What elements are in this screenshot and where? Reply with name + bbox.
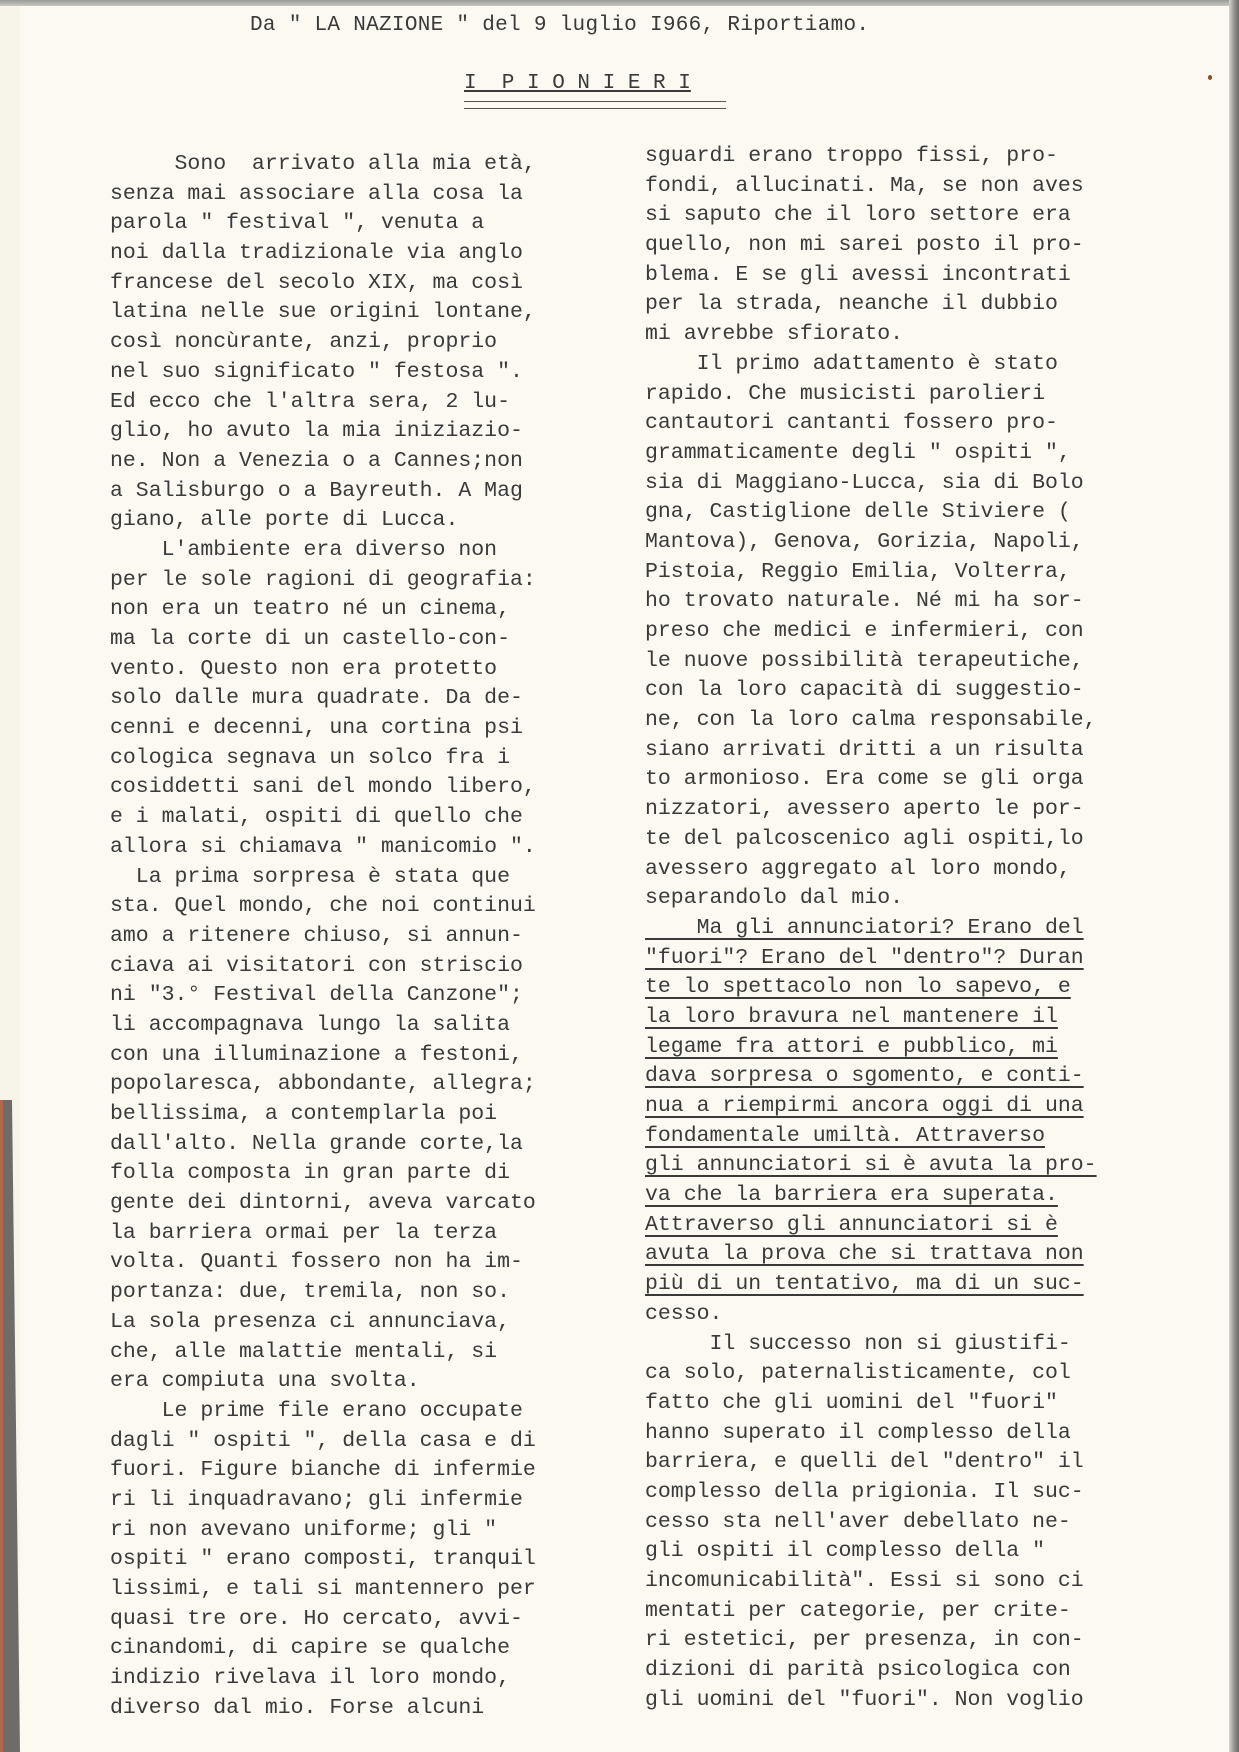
text-line: grammaticamente degli " ospiti ", <box>645 439 1097 469</box>
text-line: ca solo, paternalisticamente, col <box>645 1359 1097 1389</box>
text-line: separandolo dal mio. <box>645 884 1097 914</box>
text-line: incomunicabilità". Essi si sono ci <box>645 1567 1097 1597</box>
text-line: hanno superato il complesso della <box>645 1419 1097 1449</box>
text-line: a Salisburgo o a Bayreuth. A Mag <box>110 477 536 507</box>
text-line: vento. Questo non era protetto <box>110 655 536 685</box>
text-line: latina nelle sue origini lontane, <box>110 298 536 328</box>
text-line: nizzatori, avessero aperto le por- <box>645 795 1097 825</box>
text-line: rapido. Che musicisti parolieri <box>645 380 1097 410</box>
text-line: gli ospiti il complesso della " <box>645 1537 1097 1567</box>
text-line: che, alle malattie mentali, si <box>110 1338 536 1368</box>
text-line: fondi, allucinati. Ma, se non aves <box>645 172 1097 202</box>
underlined-text-line: dava sorpresa o sgomento, e conti- <box>645 1062 1097 1092</box>
source-line: Da " LA NAZIONE " del 9 luglio I966, Rip… <box>250 14 869 37</box>
text-line: gente dei dintorni, aveva varcato <box>110 1189 536 1219</box>
text-line: era compiuta una svolta. <box>110 1367 536 1397</box>
text-line: amo a ritenere chiuso, si annun- <box>110 922 536 952</box>
text-line: allora si chiamava " manicomio ". <box>110 833 536 863</box>
underlined-text-line: "fuori"? Erano del "dentro"? Duran <box>645 944 1097 974</box>
text-line: Le prime file erano occupate <box>110 1397 536 1427</box>
text-line: le nuove possibilità terapeutiche, <box>645 647 1097 677</box>
scan-right-edge <box>1229 0 1239 1752</box>
text-line: La sola presenza ci annunciava, <box>110 1308 536 1338</box>
text-line: dall'alto. Nella grande corte,la <box>110 1130 536 1160</box>
text-line: popolaresca, abbondante, allegra; <box>110 1070 536 1100</box>
text-line: non era un teatro né un cinema, <box>110 595 536 625</box>
text-line: Mantova), Genova, Gorizia, Napoli, <box>645 528 1097 558</box>
underlined-text-line: Attraverso gli annunciatori si è <box>645 1211 1097 1241</box>
text-line: portanza: due, tremila, non so. <box>110 1278 536 1308</box>
text-line: per la strada, neanche il dubbio <box>645 290 1097 320</box>
text-line: la barriera ormai per la terza <box>110 1219 536 1249</box>
text-line: cosiddetti sani del mondo libero, <box>110 773 536 803</box>
text-line: indizio rivelava il loro mondo, <box>110 1664 536 1694</box>
text-line: mi avrebbe sfiorato. <box>645 320 1097 350</box>
underlined-text-line: più di un tentativo, ma di un suc- <box>645 1270 1097 1300</box>
text-line: L'ambiente era diverso non <box>110 536 536 566</box>
text-line: lissimi, e tali si mantennero per <box>110 1575 536 1605</box>
text-line: gli uomini del "fuori". Non voglio <box>645 1686 1097 1716</box>
underlined-text-line: va che la barriera era superata. <box>645 1181 1097 1211</box>
article-title: I P I O N I E R I <box>464 72 691 95</box>
text-line: ma la corte di un castello-con- <box>110 625 536 655</box>
text-line: li accompagnava lungo la salita <box>110 1011 536 1041</box>
underlined-text-line: legame fra attori e pubblico, mi <box>645 1033 1097 1063</box>
text-line: ri estetici, per presenza, in con- <box>645 1626 1097 1656</box>
text-line: con una illuminazione a festoni, <box>110 1041 536 1071</box>
text-line: così noncùrante, anzi, proprio <box>110 328 536 358</box>
text-line: Pistoia, Reggio Emilia, Volterra, <box>645 558 1097 588</box>
text-line: volta. Quanti fossero non ha im- <box>110 1248 536 1278</box>
underlined-text-line: fondamentale umiltà. Attraverso <box>645 1122 1097 1152</box>
text-line: sia di Maggiano-Lucca, sia di Bolo <box>645 469 1097 499</box>
text-line: glio, ho avuto la mia iniziazio- <box>110 417 536 447</box>
text-line: barriera, e quelli del "dentro" il <box>645 1448 1097 1478</box>
text-line: bellissima, a contemplarla poi <box>110 1100 536 1130</box>
text-line: ri li inquadravano; gli infermie <box>110 1486 536 1516</box>
article-left-column: Sono arrivato alla mia età,senza mai ass… <box>110 150 536 1723</box>
underlined-text-line: Ma gli annunciatori? Erano del <box>645 914 1097 944</box>
text-line: avessero aggregato al loro mondo, <box>645 855 1097 885</box>
text-line: noi dalla tradizionale via anglo <box>110 239 536 269</box>
underlined-text-line: avuta la prova che si trattava non <box>645 1240 1097 1270</box>
text-line: diverso dal mio. Forse alcuni <box>110 1694 536 1724</box>
text-line: giano, alle porte di Lucca. <box>110 506 536 536</box>
text-line: blema. E se gli avessi incontrati <box>645 261 1097 291</box>
text-line: sta. Quel mondo, che noi continui <box>110 892 536 922</box>
text-line: preso che medici e infermieri, con <box>645 617 1097 647</box>
text-line: La prima sorpresa è stata que <box>110 863 536 893</box>
text-line: per le sole ragioni di geografia: <box>110 566 536 596</box>
text-line: dizioni di parità psicologica con <box>645 1656 1097 1686</box>
text-line: Il successo non si giustifi- <box>645 1330 1097 1360</box>
text-line: Sono arrivato alla mia età, <box>110 150 536 180</box>
text-line: gna, Castiglione delle Stiviere ( <box>645 498 1097 528</box>
text-line: si saputo che il loro settore era <box>645 201 1097 231</box>
text-line: folla composta in gran parte di <box>110 1159 536 1189</box>
text-line: cinandomi, di capire se qualche <box>110 1634 536 1664</box>
text-line: quasi tre ore. Ho cercato, avvi- <box>110 1605 536 1635</box>
text-line: ospiti " erano composti, tranquil <box>110 1545 536 1575</box>
text-line: senza mai associare alla cosa la <box>110 180 536 210</box>
underlined-text-line: la loro bravura nel mantenere il <box>645 1003 1097 1033</box>
underlined-text-line: te lo spettacolo non lo sapevo, e <box>645 973 1097 1003</box>
text-line: fuori. Figure bianche di infermie <box>110 1456 536 1486</box>
text-line: ri non avevano uniforme; gli " <box>110 1516 536 1546</box>
text-line: siano arrivati dritti a un risulta <box>645 736 1097 766</box>
text-line: cesso. <box>645 1300 1097 1330</box>
text-line: ne, con la loro calma responsabile, <box>645 706 1097 736</box>
text-line: quello, non mi sarei posto il pro- <box>645 231 1097 261</box>
text-line: cantautori cantanti fossero pro- <box>645 409 1097 439</box>
text-line: dagli " ospiti ", della casa e di <box>110 1427 536 1457</box>
text-line: cenni e decenni, una cortina psi <box>110 714 536 744</box>
text-line: ho trovato naturale. Né mi ha sor- <box>645 587 1097 617</box>
text-line: Ed ecco che l'altra sera, 2 lu- <box>110 388 536 418</box>
text-line: ni "3.° Festival della Canzone"; <box>110 981 536 1011</box>
ink-speck <box>1208 75 1212 80</box>
text-line: mentati per categorie, per crite- <box>645 1597 1097 1627</box>
text-line: ciava ai visitatori con striscio <box>110 952 536 982</box>
text-line: Il primo adattamento è stato <box>645 350 1097 380</box>
text-line: parola " festival ", venuta a <box>110 209 536 239</box>
underlined-text-line: gli annunciatori si è avuta la pro- <box>645 1151 1097 1181</box>
underlined-text-line: nua a riempirmi ancora oggi di una <box>645 1092 1097 1122</box>
text-line: sguardi erano troppo fissi, pro- <box>645 142 1097 172</box>
text-line: fatto che gli uomini del "fuori" <box>645 1389 1097 1419</box>
scan-left-edge <box>0 1100 20 1752</box>
text-line: solo dalle mura quadrate. Da de- <box>110 684 536 714</box>
text-line: te del palcoscenico agli ospiti,lo <box>645 825 1097 855</box>
text-line: cologica segnava un solco fra i <box>110 744 536 774</box>
text-line: con la loro capacità di suggestio- <box>645 676 1097 706</box>
title-double-rule <box>464 101 726 109</box>
text-line: francese del secolo XIX, ma così <box>110 269 536 299</box>
text-line: complesso della prigionia. Il suc- <box>645 1478 1097 1508</box>
text-line: e i malati, ospiti di quello che <box>110 803 536 833</box>
article-right-column: sguardi erano troppo fissi, pro-fondi, a… <box>645 142 1097 1715</box>
text-line: ne. Non a Venezia o a Cannes;non <box>110 447 536 477</box>
text-line: nel suo significato " festosa ". <box>110 358 536 388</box>
text-line: cesso sta nell'aver debellato ne- <box>645 1508 1097 1538</box>
text-line: to armonioso. Era come se gli orga <box>645 765 1097 795</box>
